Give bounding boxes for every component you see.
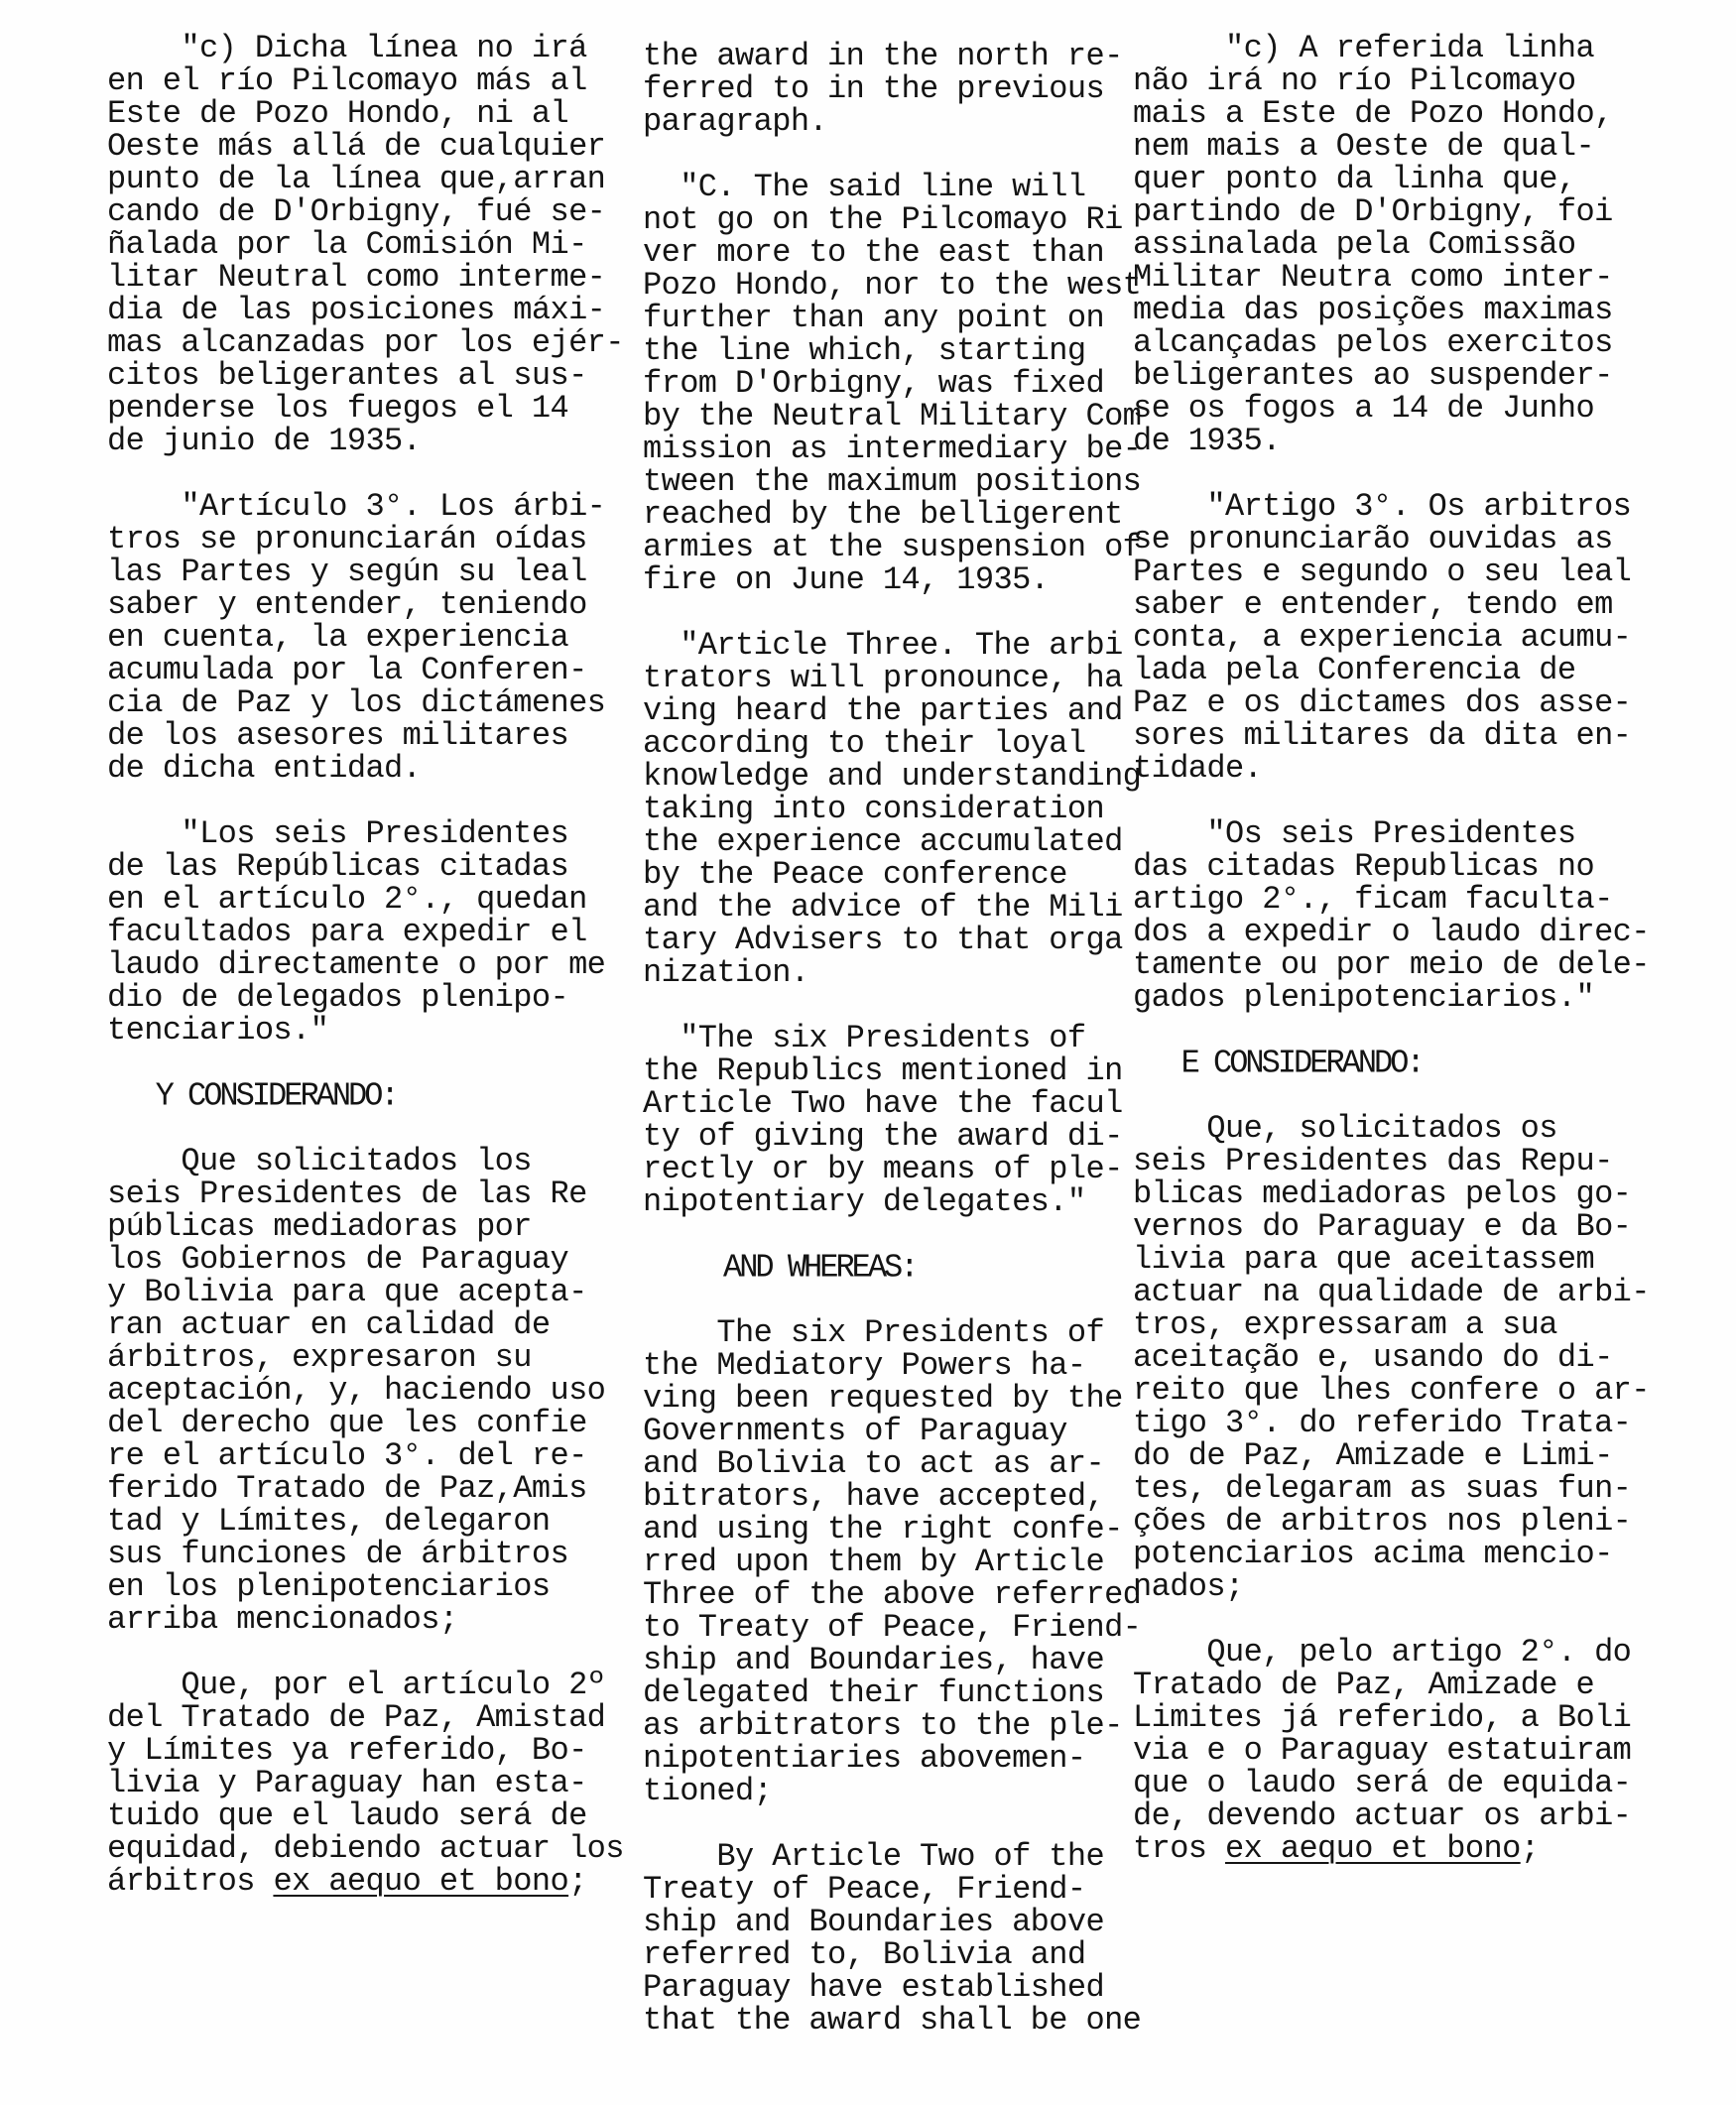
text-line: the line which, starting bbox=[643, 334, 1085, 367]
line-text: partindo de D'Orbigny, foi bbox=[1133, 193, 1613, 230]
line-text: das citadas Republicas no bbox=[1133, 848, 1594, 885]
text-line: ferido Tratado de Paz,Amis bbox=[107, 1472, 587, 1505]
line-text: media das posições maximas bbox=[1133, 292, 1613, 328]
text-line: artigo 2°., ficam faculta- bbox=[1133, 883, 1613, 916]
text-line: árbitros ex aequo et bono; bbox=[107, 1865, 587, 1898]
text-line: rred upon them by Article bbox=[643, 1546, 1104, 1578]
text-line: nados; bbox=[1133, 1570, 1244, 1603]
line-text: taking into consideration bbox=[643, 791, 1104, 827]
text-line: das citadas Republicas no bbox=[1133, 850, 1594, 883]
line-text: nization. bbox=[643, 954, 808, 991]
line-text: de junio de 1935. bbox=[107, 423, 421, 459]
line-text: las Partes y según su leal bbox=[107, 554, 587, 590]
line-text: tad y Límites, delegaron bbox=[107, 1503, 550, 1540]
text-line: las Partes y según su leal bbox=[107, 556, 587, 588]
line-text: re el artículo 3°. del re- bbox=[107, 1437, 587, 1474]
line-text: tuido que el laudo será de bbox=[107, 1797, 587, 1834]
line-text: by the Peace conference bbox=[643, 856, 1067, 893]
line-text: árbitros, expresaron su bbox=[107, 1339, 532, 1376]
text-line: taking into consideration bbox=[643, 793, 1104, 825]
line-text: nem mais a Oeste de qual- bbox=[1133, 128, 1594, 165]
text-line: beligerantes ao suspender- bbox=[1133, 359, 1613, 392]
text-line: fire on June 14, 1935. bbox=[643, 563, 1049, 596]
text-line: tros, expressaram a sua bbox=[1133, 1308, 1557, 1341]
line-text: sus funciones de árbitros bbox=[107, 1536, 568, 1572]
line-suffix: ; bbox=[1521, 1830, 1540, 1867]
line-text: tros, expressaram a sua bbox=[1133, 1306, 1557, 1343]
line-text: de, devendo actuar os arbi- bbox=[1133, 1797, 1631, 1834]
text-line: blicas mediadoras pelos go- bbox=[1133, 1177, 1631, 1210]
line-text: Treaty of Peace, Friend- bbox=[643, 1871, 1085, 1908]
text-line: "Article Three. The arbi bbox=[643, 629, 1123, 662]
line-text: gados plenipotenciarios." bbox=[1133, 979, 1594, 1016]
line-text: aceptación, y, haciendo uso bbox=[107, 1372, 605, 1409]
line-text: en el río Pilcomayo más al bbox=[107, 62, 587, 99]
text-line: rectly or by means of ple- bbox=[643, 1153, 1123, 1185]
line-text: dos a expedir o laudo direc- bbox=[1133, 914, 1650, 950]
text-line: reached by the belligerent bbox=[643, 498, 1123, 531]
line-text: y Límites ya referido, Bo- bbox=[107, 1732, 587, 1769]
text-line: Que, por el artículo 2º bbox=[107, 1669, 605, 1701]
text-line: arriba mencionados; bbox=[107, 1603, 457, 1636]
line-text: não irá no río Pilcomayo bbox=[1133, 62, 1575, 99]
text-line: livia y Paraguay han esta- bbox=[107, 1767, 587, 1799]
text-line: públicas mediadoras por bbox=[107, 1210, 532, 1243]
text-line: de dicha entidad. bbox=[107, 752, 421, 785]
line-text: assinalada pela Comissão bbox=[1133, 226, 1575, 263]
line-text: conta, a experiencia acumu- bbox=[1133, 619, 1631, 656]
text-line: ver more to the east than bbox=[643, 236, 1104, 269]
line-text: de las Repúblicas citadas bbox=[107, 848, 568, 885]
text-line: Paraguay have established bbox=[643, 1971, 1104, 2004]
text-line: facultados para expedir el bbox=[107, 916, 587, 948]
line-text: ran actuar en calidad de bbox=[107, 1306, 550, 1343]
line-text: de 1935. bbox=[1133, 423, 1281, 459]
text-line: de 1935. bbox=[1133, 425, 1281, 457]
line-text: rectly or by means of ple- bbox=[643, 1151, 1123, 1187]
line-text: tamente ou por meio de dele- bbox=[1133, 946, 1650, 983]
text-line: re el artículo 3°. del re- bbox=[107, 1439, 587, 1472]
document-page: "c) Dicha línea no iráen el río Pilcomay… bbox=[0, 0, 1736, 2105]
text-line: Three of the above referred bbox=[643, 1578, 1141, 1611]
text-line: ship and Boundaries above bbox=[643, 1906, 1104, 1938]
text-line: laudo directamente o por me bbox=[107, 948, 605, 981]
text-line: árbitros, expresaron su bbox=[107, 1341, 532, 1374]
line-text: quer ponto da linha que, bbox=[1133, 161, 1575, 197]
text-line: By Article Two of the bbox=[643, 1840, 1104, 1873]
text-line: "Os seis Presidentes bbox=[1133, 817, 1575, 850]
line-text: "c) A referida linha bbox=[1133, 30, 1594, 66]
line-text: the experience accumulated bbox=[643, 823, 1123, 860]
line-text: seis Presidentes das Repu- bbox=[1133, 1143, 1613, 1179]
text-line: y Bolivia para que acepta- bbox=[107, 1276, 587, 1308]
line-text: delegated their functions bbox=[643, 1674, 1104, 1711]
line-text: punto de la línea que,arran bbox=[107, 161, 605, 197]
text-line: saber e entender, tendo em bbox=[1133, 588, 1613, 621]
text-line: alcançadas pelos exercitos bbox=[1133, 326, 1613, 359]
line-text: ving heard the parties and bbox=[643, 692, 1123, 729]
text-line: Este de Pozo Hondo, ni al bbox=[107, 97, 568, 130]
text-line: Limites já referido, a Boli bbox=[1133, 1701, 1631, 1734]
line-text: and the advice of the Mili bbox=[643, 889, 1123, 926]
line-text: "Article Three. The arbi bbox=[643, 627, 1123, 664]
line-text: livia y Paraguay han esta- bbox=[107, 1765, 587, 1801]
text-line: not go on the Pilcomayo Ri bbox=[643, 203, 1123, 236]
text-line: do de Paz, Amizade e Limi- bbox=[1133, 1439, 1613, 1472]
line-text: the Mediatory Powers ha- bbox=[643, 1347, 1085, 1384]
line-text: bitrators, have accepted, bbox=[643, 1478, 1104, 1515]
line-text: Three of the above referred bbox=[643, 1576, 1141, 1613]
text-line: se pronunciarão ouvidas as bbox=[1133, 523, 1613, 556]
text-line: "Artículo 3°. Los árbi- bbox=[107, 490, 605, 523]
line-text: equidad, debiendo actuar los bbox=[107, 1830, 624, 1867]
text-line: Article Two have the facul bbox=[643, 1087, 1123, 1120]
text-line: Pozo Hondo, nor to the west bbox=[643, 269, 1141, 302]
line-text: Governments of Paraguay bbox=[643, 1413, 1067, 1449]
line-text: acumulada por la Conferen- bbox=[107, 652, 587, 688]
text-line: tigo 3°. do referido Trata- bbox=[1133, 1407, 1631, 1439]
line-text: knowledge and understanding bbox=[643, 758, 1141, 795]
text-line: Tratado de Paz, Amizade e bbox=[1133, 1669, 1594, 1701]
text-line: quer ponto da linha que, bbox=[1133, 163, 1575, 195]
line-text: to Treaty of Peace, Friend- bbox=[643, 1609, 1141, 1646]
text-line: referred to, Bolivia and bbox=[643, 1938, 1085, 1971]
line-text: y Bolivia para que acepta- bbox=[107, 1274, 587, 1310]
line-text: tes, delegaram as suas fun- bbox=[1133, 1470, 1631, 1507]
line-text: vernos do Paraguay e da Bo- bbox=[1133, 1208, 1631, 1245]
line-text: ty of giving the award di- bbox=[643, 1118, 1123, 1155]
text-line: Treaty of Peace, Friend- bbox=[643, 1873, 1085, 1906]
line-text: tigo 3°. do referido Trata- bbox=[1133, 1405, 1631, 1441]
line-text: and using the right confe- bbox=[643, 1511, 1123, 1548]
text-line: citos beligerantes al sus- bbox=[107, 359, 587, 392]
line-text: ship and Boundaries, have bbox=[643, 1642, 1104, 1678]
text-line: litar Neutral como interme- bbox=[107, 261, 605, 294]
text-line: Que solicitados los bbox=[107, 1145, 532, 1177]
text-line: the Mediatory Powers ha- bbox=[643, 1349, 1085, 1382]
line-text: del Tratado de Paz, Amistad bbox=[107, 1699, 605, 1736]
text-line: nem mais a Oeste de qual- bbox=[1133, 130, 1594, 163]
text-line: sores militares da dita en- bbox=[1133, 719, 1631, 752]
line-text: sores militares da dita en- bbox=[1133, 717, 1631, 754]
line-text: Que, por el artículo 2º bbox=[107, 1667, 605, 1703]
line-text: tary Advisers to that orga bbox=[643, 922, 1123, 958]
text-line: ñalada por la Comisión Mi- bbox=[107, 228, 587, 261]
line-text: alcançadas pelos exercitos bbox=[1133, 324, 1613, 361]
line-text: tros bbox=[1133, 1830, 1225, 1867]
text-line: ran actuar en calidad de bbox=[107, 1308, 550, 1341]
line-text: fire on June 14, 1935. bbox=[643, 561, 1049, 598]
line-text: dio de delegados plenipo- bbox=[107, 979, 568, 1016]
text-line: cia de Paz y los dictámenes bbox=[107, 686, 605, 719]
line-text: de los asesores militares bbox=[107, 717, 568, 754]
text-line: and using the right confe- bbox=[643, 1513, 1123, 1546]
text-line: de junio de 1935. bbox=[107, 425, 421, 457]
line-text: referred to, Bolivia and bbox=[643, 1936, 1085, 1973]
text-line: media das posições maximas bbox=[1133, 294, 1613, 326]
text-line: conta, a experiencia acumu- bbox=[1133, 621, 1631, 654]
text-line: Partes e segundo o seu leal bbox=[1133, 556, 1631, 588]
line-text: livia para que aceitassem bbox=[1133, 1241, 1594, 1278]
text-line: "Los seis Presidentes bbox=[107, 817, 568, 850]
line-text: dia de las posiciones máxi- bbox=[107, 292, 605, 328]
line-text: Limites já referido, a Boli bbox=[1133, 1699, 1631, 1736]
line-text: saber y entender, teniendo bbox=[107, 586, 587, 623]
line-text: Que, solicitados os bbox=[1133, 1110, 1557, 1147]
text-line: according to their loyal bbox=[643, 727, 1085, 760]
text-line: ving been requested by the bbox=[643, 1382, 1123, 1415]
text-line: armies at the suspension of bbox=[643, 531, 1141, 563]
text-line: del Tratado de Paz, Amistad bbox=[107, 1701, 605, 1734]
text-line: aceptación, y, haciendo uso bbox=[107, 1374, 605, 1407]
line-text: by the Neutral Military Com bbox=[643, 398, 1141, 434]
line-text: públicas mediadoras por bbox=[107, 1208, 532, 1245]
line-text: By Article Two of the bbox=[643, 1838, 1104, 1875]
text-line: seis Presidentes das Repu- bbox=[1133, 1145, 1613, 1177]
line-text: reito que lhes confere o ar- bbox=[1133, 1372, 1650, 1409]
line-text: that the award shall be one bbox=[643, 2002, 1141, 2039]
line-text: "c) Dicha línea no irá bbox=[107, 30, 587, 66]
text-line: delegated their functions bbox=[643, 1676, 1104, 1709]
text-line: seis Presidentes de las Re bbox=[107, 1177, 587, 1210]
line-text: del derecho que les confie bbox=[107, 1405, 587, 1441]
text-line: de las Repúblicas citadas bbox=[107, 850, 568, 883]
text-line: bitrators, have accepted, bbox=[643, 1480, 1104, 1513]
text-line: y Límites ya referido, Bo- bbox=[107, 1734, 587, 1767]
text-line: that the award shall be one bbox=[643, 2004, 1141, 2037]
text-line: punto de la línea que,arran bbox=[107, 163, 605, 195]
text-line: and the advice of the Mili bbox=[643, 891, 1123, 924]
line-text: litar Neutral como interme- bbox=[107, 259, 605, 296]
text-line: ving heard the parties and bbox=[643, 694, 1123, 727]
text-line: ship and Boundaries, have bbox=[643, 1644, 1104, 1676]
line-text: Paz e os dictames dos asse- bbox=[1133, 684, 1631, 721]
text-line: paragraph. bbox=[643, 105, 827, 138]
line-text: "Artículo 3°. Los árbi- bbox=[107, 488, 605, 525]
line-text: ñalada por la Comisión Mi- bbox=[107, 226, 587, 263]
line-text: "Artigo 3°. Os arbitros bbox=[1133, 488, 1631, 525]
line-text: mission as intermediary be- bbox=[643, 431, 1141, 467]
text-line: "C. The said line will bbox=[643, 171, 1085, 203]
text-line: knowledge and understanding bbox=[643, 760, 1141, 793]
line-text: and Bolivia to act as ar- bbox=[643, 1445, 1104, 1482]
line-text: cando de D'Orbigny, fué se- bbox=[107, 193, 605, 230]
text-line: potenciarios acima mencio- bbox=[1133, 1538, 1613, 1570]
line-text: tioned; bbox=[643, 1773, 772, 1809]
text-line: "Artigo 3°. Os arbitros bbox=[1133, 490, 1631, 523]
text-line: tenciarios." bbox=[107, 1014, 328, 1047]
text-line: Que, solicitados os bbox=[1133, 1112, 1557, 1145]
text-line: actuar na qualidade de arbi- bbox=[1133, 1276, 1650, 1308]
underlined-phrase: ex aequo et bono bbox=[1225, 1830, 1521, 1867]
text-line: los Gobiernos de Paraguay bbox=[107, 1243, 568, 1276]
text-line: cando de D'Orbigny, fué se- bbox=[107, 195, 605, 228]
line-text: lada pela Conferencia de bbox=[1133, 652, 1575, 688]
text-line: en el río Pilcomayo más al bbox=[107, 64, 587, 97]
line-text: reached by the belligerent bbox=[643, 496, 1123, 533]
text-line: dia de las posiciones máxi- bbox=[107, 294, 605, 326]
line-text: tros se pronunciarán oídas bbox=[107, 521, 587, 557]
text-line: equidad, debiendo actuar los bbox=[107, 1832, 624, 1865]
text-line: the Republics mentioned in bbox=[643, 1054, 1123, 1087]
line-text: Este de Pozo Hondo, ni al bbox=[107, 95, 568, 132]
text-line: en el artículo 2°., quedan bbox=[107, 883, 587, 916]
underlined-phrase: ex aequo et bono bbox=[273, 1863, 568, 1900]
line-text: en los plenipotenciarios bbox=[107, 1568, 550, 1605]
line-text: Y CONSIDERANDO: bbox=[107, 1076, 397, 1115]
text-line: via e o Paraguay estatuiram bbox=[1133, 1734, 1631, 1767]
text-line: sus funciones de árbitros bbox=[107, 1538, 568, 1570]
text-line: penderse los fuegos el 14 bbox=[107, 392, 568, 425]
line-text: Que, pelo artigo 2°. do bbox=[1133, 1634, 1631, 1671]
text-line: mission as intermediary be- bbox=[643, 433, 1141, 465]
line-text: tenciarios." bbox=[107, 1012, 328, 1049]
line-text: not go on the Pilcomayo Ri bbox=[643, 201, 1123, 238]
line-text: en cuenta, la experiencia bbox=[107, 619, 568, 656]
text-line: assinalada pela Comissão bbox=[1133, 228, 1575, 261]
line-text: the line which, starting bbox=[643, 332, 1085, 369]
text-line: en los plenipotenciarios bbox=[107, 1570, 550, 1603]
text-line: dos a expedir o laudo direc- bbox=[1133, 916, 1650, 948]
text-line: partindo de D'Orbigny, foi bbox=[1133, 195, 1613, 228]
line-text: ver more to the east than bbox=[643, 234, 1104, 271]
line-text: via e o Paraguay estatuiram bbox=[1133, 1732, 1631, 1769]
text-line: ferred to in the previous bbox=[643, 72, 1104, 105]
text-line: tuido que el laudo será de bbox=[107, 1799, 587, 1832]
line-text: blicas mediadoras pelos go- bbox=[1133, 1176, 1631, 1212]
text-line: Que, pelo artigo 2°. do bbox=[1133, 1636, 1631, 1669]
text-line: by the Neutral Military Com bbox=[643, 400, 1141, 433]
line-text: the award in the north re- bbox=[643, 38, 1123, 74]
text-line: gados plenipotenciarios." bbox=[1133, 981, 1594, 1014]
line-text: cia de Paz y los dictámenes bbox=[107, 684, 605, 721]
text-line: tros se pronunciarán oídas bbox=[107, 523, 587, 556]
text-line: mas alcanzadas por los ejér- bbox=[107, 326, 624, 359]
text-line: saber y entender, teniendo bbox=[107, 588, 587, 621]
line-text: aceitação e, usando do di- bbox=[1133, 1339, 1613, 1376]
text-line: the experience accumulated bbox=[643, 825, 1123, 858]
text-line: tad y Límites, delegaron bbox=[107, 1505, 550, 1538]
text-line: The six Presidents of bbox=[643, 1316, 1104, 1349]
text-line: de, devendo actuar os arbi- bbox=[1133, 1799, 1631, 1832]
line-text: Militar Neutra como inter- bbox=[1133, 259, 1613, 296]
section-heading: Y CONSIDERANDO: bbox=[107, 1078, 397, 1113]
line-text: los Gobiernos de Paraguay bbox=[107, 1241, 568, 1278]
line-text: laudo directamente o por me bbox=[107, 946, 605, 983]
line-text: que o laudo será de equida- bbox=[1133, 1765, 1631, 1801]
line-text: "The six Presidents of bbox=[643, 1020, 1085, 1056]
text-line: nipotentiary delegates." bbox=[643, 1185, 1085, 1218]
text-line: tary Advisers to that orga bbox=[643, 924, 1123, 956]
line-text: ship and Boundaries above bbox=[643, 1904, 1104, 1940]
line-text: citos beligerantes al sus- bbox=[107, 357, 587, 394]
line-text: actuar na qualidade de arbi- bbox=[1133, 1274, 1650, 1310]
line-text: en el artículo 2°., quedan bbox=[107, 881, 587, 918]
line-text: The six Presidents of bbox=[643, 1314, 1104, 1351]
line-text: nipotentiary delegates." bbox=[643, 1183, 1085, 1220]
line-text: ferido Tratado de Paz,Amis bbox=[107, 1470, 587, 1507]
text-line: Militar Neutra como inter- bbox=[1133, 261, 1613, 294]
text-line: by the Peace conference bbox=[643, 858, 1067, 891]
text-line: and Bolivia to act as ar- bbox=[643, 1447, 1104, 1480]
text-line: the award in the north re- bbox=[643, 40, 1123, 72]
text-line: tamente ou por meio de dele- bbox=[1133, 948, 1650, 981]
line-text: potenciarios acima mencio- bbox=[1133, 1536, 1613, 1572]
line-text: Tratado de Paz, Amizade e bbox=[1133, 1667, 1594, 1703]
line-text: from D'Orbigny, was fixed bbox=[643, 365, 1104, 402]
line-text: se pronunciarão ouvidas as bbox=[1133, 521, 1613, 557]
text-line: mais a Este de Pozo Hondo, bbox=[1133, 97, 1613, 130]
text-line: "c) Dicha línea no irá bbox=[107, 32, 587, 64]
line-text: "C. The said line will bbox=[643, 169, 1085, 205]
line-text: seis Presidentes de las Re bbox=[107, 1176, 587, 1212]
line-text: Article Two have the facul bbox=[643, 1085, 1123, 1122]
line-text: the Republics mentioned in bbox=[643, 1052, 1123, 1089]
line-text: tween the maximum positions bbox=[643, 463, 1141, 500]
line-text: AND WHEREAS: bbox=[643, 1248, 916, 1287]
line-text: árbitros bbox=[107, 1863, 273, 1900]
line-text: do de Paz, Amizade e Limi- bbox=[1133, 1437, 1613, 1474]
line-text: rred upon them by Article bbox=[643, 1544, 1104, 1580]
line-text: nipotentiaries abovemen- bbox=[643, 1740, 1085, 1777]
text-line: Paz e os dictames dos asse- bbox=[1133, 686, 1631, 719]
line-text: Oeste más allá de cualquier bbox=[107, 128, 605, 165]
line-text: mas alcanzadas por los ejér- bbox=[107, 324, 624, 361]
line-text: Paraguay have established bbox=[643, 1969, 1104, 2006]
line-text: artigo 2°., ficam faculta- bbox=[1133, 881, 1613, 918]
line-text: ções de arbitros nos pleni- bbox=[1133, 1503, 1631, 1540]
text-line: tween the maximum positions bbox=[643, 465, 1141, 498]
text-line: ções de arbitros nos pleni- bbox=[1133, 1505, 1631, 1538]
line-text: E CONSIDERANDO: bbox=[1133, 1044, 1423, 1082]
text-line: nization. bbox=[643, 956, 808, 989]
text-line: lada pela Conferencia de bbox=[1133, 654, 1575, 686]
text-line: nipotentiaries abovemen- bbox=[643, 1742, 1085, 1775]
text-line: ty of giving the award di- bbox=[643, 1120, 1123, 1153]
line-text: ferred to in the previous bbox=[643, 70, 1104, 107]
line-text: facultados para expedir el bbox=[107, 914, 587, 950]
line-suffix: ; bbox=[568, 1863, 587, 1900]
line-text: trators will pronounce, ha bbox=[643, 660, 1123, 696]
line-text: saber e entender, tendo em bbox=[1133, 586, 1613, 623]
line-text: according to their loyal bbox=[643, 725, 1085, 762]
line-text: Partes e segundo o seu leal bbox=[1133, 554, 1631, 590]
text-line: de los asesores militares bbox=[107, 719, 568, 752]
line-text: de dicha entidad. bbox=[107, 750, 421, 787]
line-text: armies at the suspension of bbox=[643, 529, 1141, 565]
text-line: aceitação e, usando do di- bbox=[1133, 1341, 1613, 1374]
text-line: "The six Presidents of bbox=[643, 1022, 1085, 1054]
text-line: Oeste más allá de cualquier bbox=[107, 130, 605, 163]
section-heading: AND WHEREAS: bbox=[643, 1250, 916, 1285]
section-heading: E CONSIDERANDO: bbox=[1133, 1046, 1423, 1080]
line-text: as arbitrators to the ple- bbox=[643, 1707, 1123, 1744]
line-text: "Os seis Presidentes bbox=[1133, 815, 1575, 852]
text-line: del derecho que les confie bbox=[107, 1407, 587, 1439]
line-text: mais a Este de Pozo Hondo, bbox=[1133, 95, 1613, 132]
text-line: reito que lhes confere o ar- bbox=[1133, 1374, 1650, 1407]
line-text: Pozo Hondo, nor to the west bbox=[643, 267, 1141, 304]
line-text: se os fogos a 14 de Junho bbox=[1133, 390, 1594, 427]
text-line: further than any point on bbox=[643, 302, 1104, 334]
text-line: livia para que aceitassem bbox=[1133, 1243, 1594, 1276]
line-text: penderse los fuegos el 14 bbox=[107, 390, 568, 427]
text-line: que o laudo será de equida- bbox=[1133, 1767, 1631, 1799]
text-line: vernos do Paraguay e da Bo- bbox=[1133, 1210, 1631, 1243]
text-line: to Treaty of Peace, Friend- bbox=[643, 1611, 1141, 1644]
text-line: tidade. bbox=[1133, 752, 1262, 785]
line-text: arriba mencionados; bbox=[107, 1601, 457, 1638]
